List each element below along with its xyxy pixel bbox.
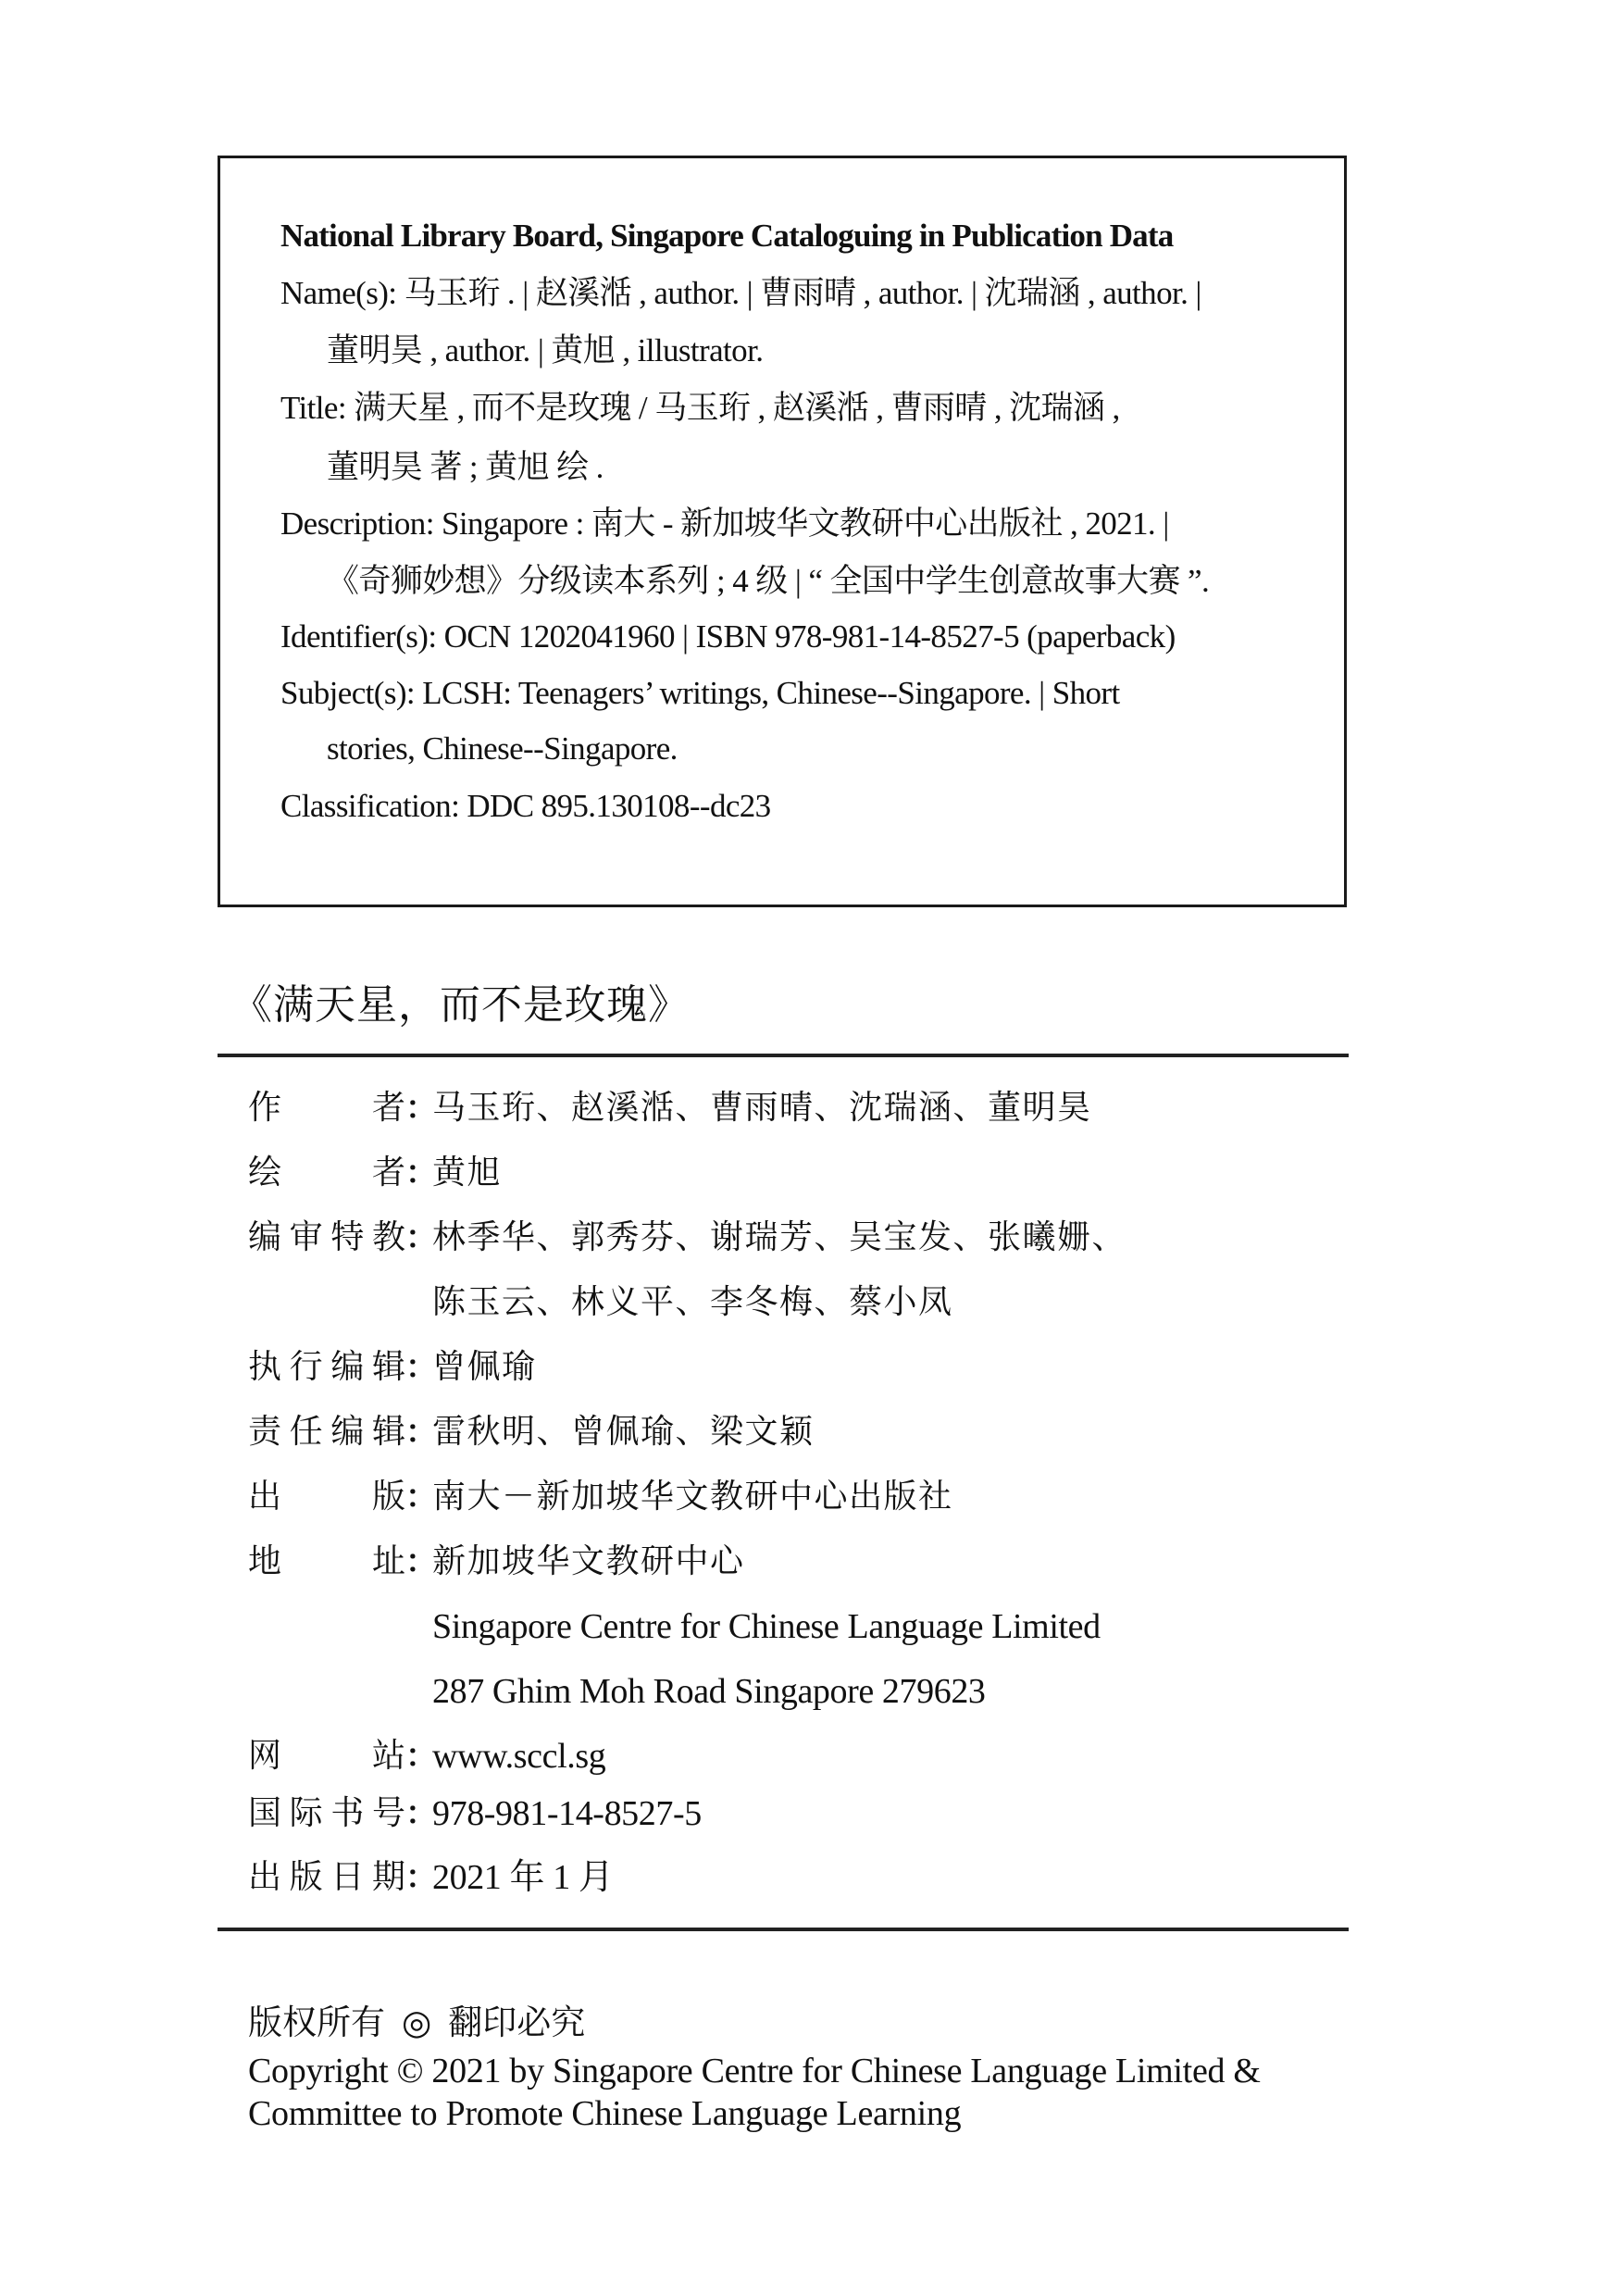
cip-description-line-cont: 《奇狮妙想》分级读本系列 ; 4 级 | “ 全国中学生创意故事大赛 ”. <box>327 561 1209 602</box>
credits-divider <box>218 1928 1349 1931</box>
credit-label: 网站 <box>248 1733 405 1779</box>
credit-value: 287 Ghim Moh Road Singapore 279623 <box>432 1668 986 1715</box>
credit-label: 国际书号 <box>248 1791 405 1837</box>
credit-label: 绘者 <box>248 1150 405 1196</box>
credit-colon: ： <box>405 1409 431 1455</box>
cip-classification-line: Classification: DDC 895.130108--dc23 <box>280 786 771 827</box>
credit-label: 责任编辑 <box>248 1409 405 1455</box>
credit-colon: ： <box>405 1474 431 1520</box>
title-divider <box>218 1054 1349 1057</box>
credit-label: 地址 <box>248 1539 405 1585</box>
credit-value: 2021 年 1 月 <box>432 1854 614 1901</box>
credit-value: 曾佩瑜 <box>432 1344 537 1391</box>
cip-data-box: National Library Board, Singapore Catalo… <box>218 156 1347 907</box>
credit-value: 978-981-14-8527-5 <box>432 1791 702 1837</box>
credit-value: 陈玉云、林义平、李冬梅、蔡小凤 <box>432 1279 953 1326</box>
credit-value: 新加坡华文教研中心 <box>432 1539 745 1585</box>
credit-value: 南大－新加坡华文教研中心出版社 <box>432 1474 953 1520</box>
credit-label: 出版 <box>248 1474 405 1520</box>
credit-value: 黄旭 <box>432 1150 502 1196</box>
credit-colon: ： <box>405 1539 431 1585</box>
credit-value: Singapore Centre for Chinese Language Li… <box>432 1603 1101 1650</box>
credit-colon: ： <box>405 1150 431 1196</box>
copyright-line-2: Committee to Promote Chinese Language Le… <box>248 2092 961 2135</box>
cip-subject-line-cont: stories, Chinese--Singapore. <box>327 729 678 769</box>
no-reproduction-text: 翻印必究 <box>448 2003 585 2042</box>
credit-value: 马玉珩、赵溪湉、曹雨晴、沈瑞涵、董明昊 <box>432 1085 1092 1131</box>
credit-label: 出版日期 <box>248 1854 405 1901</box>
credit-value: 雷秋明、曾佩瑜、梁文颖 <box>432 1409 815 1455</box>
cip-title-line: Title: 满天星 , 而不是玫瑰 / 马玉珩 , 赵溪湉 , 曹雨晴 , 沈… <box>280 388 1120 429</box>
credit-label: 作者 <box>248 1085 405 1131</box>
cip-title-line-cont: 董明昊 著 ; 黄旭 绘 . <box>327 447 604 488</box>
double-circle-icon: ◎ <box>402 2003 431 2042</box>
credit-colon: ： <box>405 1085 431 1131</box>
copyright-line-1: Copyright © 2021 by Singapore Centre for… <box>248 2050 1261 2092</box>
cip-description-line: Description: Singapore : 南大 - 新加坡华文教研中心出… <box>280 504 1169 544</box>
credit-colon: ： <box>405 1344 431 1391</box>
rights-reserved-text: 版权所有 <box>248 2003 385 2042</box>
rights-reserved: 版权所有◎翻印必究 <box>248 2000 585 2046</box>
credit-colon: ： <box>405 1791 431 1837</box>
credit-colon: ： <box>405 1854 431 1901</box>
cip-subject-line: Subject(s): LCSH: Teenagers’ writings, C… <box>280 673 1120 714</box>
cip-identifier-line: Identifier(s): OCN 1202041960 | ISBN 978… <box>280 617 1176 657</box>
cip-names-line-cont: 董明昊 , author. | 黄旭 , illustrator. <box>327 331 763 371</box>
credit-value: 林季华、郭秀芬、谢瑞芳、吴宝发、张曦姗、 <box>432 1215 1126 1261</box>
cip-names-line: Name(s): 马玉珩 . | 赵溪湉 , author. | 曹雨晴 , a… <box>280 273 1201 314</box>
credit-label: 执行编辑 <box>248 1344 405 1391</box>
website-link[interactable]: www.sccl.sg <box>432 1733 605 1779</box>
credit-colon: ： <box>405 1215 431 1261</box>
credit-colon: ： <box>405 1733 431 1779</box>
cip-heading: National Library Board, Singapore Catalo… <box>280 216 1173 256</box>
book-title: 《满天星，而不是玫瑰》 <box>231 978 690 1033</box>
credit-label: 编审特教 <box>248 1215 405 1261</box>
